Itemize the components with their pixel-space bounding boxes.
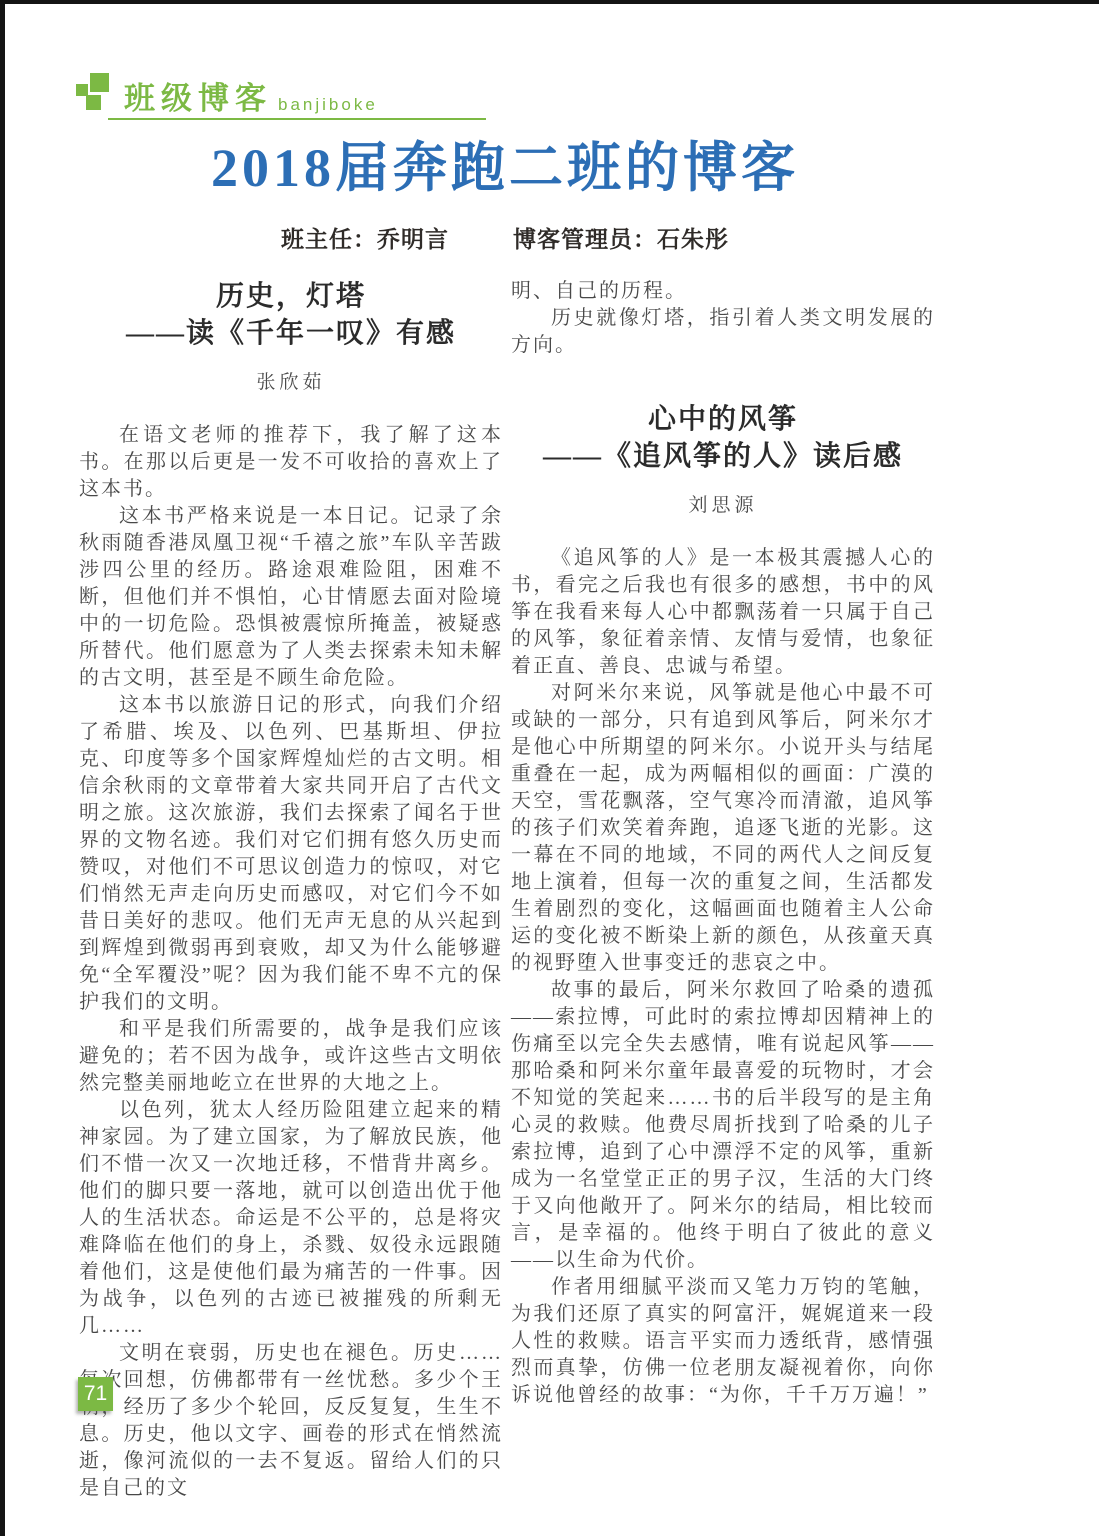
essay1-paragraph: 文明在衰弱，历史也在褪色。历史……每次回想，仿佛都带有一丝忧愁。多少个王朝，经历… xyxy=(79,1340,503,1502)
essay2-paragraph: 故事的最后，阿米尔救回了哈桑的遗孤——索拉博，可此时的索拉博却因精神上的伤痛至以… xyxy=(511,977,935,1274)
masthead: 班级博客 banjiboke xyxy=(76,70,378,114)
essay2-title-line1: 心中的风筝 xyxy=(511,401,935,438)
byline-teacher: 班主任：乔明言 xyxy=(281,221,449,254)
scan-edge-top xyxy=(0,0,1099,4)
header-underline xyxy=(108,118,486,120)
essay2-author: 刘思源 xyxy=(511,490,935,517)
essay1-title: 历史，灯塔 ——读《千年一叹》有感 xyxy=(79,278,503,352)
section-logo-subtitle: banjiboke xyxy=(278,96,378,113)
essay1-continuation-paragraph: 历史就像灯塔，指引着人类文明发展的方向。 xyxy=(511,305,935,359)
byline-admin: 博客管理员：石朱彤 xyxy=(513,221,729,254)
essay2-title: 心中的风筝 ——《追风筝的人》读后感 xyxy=(511,401,935,475)
essay2-title-line2: ——《追风筝的人》读后感 xyxy=(511,438,935,475)
essay1-author: 张欣茹 xyxy=(79,367,503,394)
essay1-paragraph: 以色列，犹太人经历险阻建立起来的精神家园。为了建立国家，为了解放民族，他们不惜一… xyxy=(79,1097,503,1340)
essay2-paragraph: 对阿米尔来说，风筝就是他心中最不可或缺的一部分，只有追到风筝后，阿米尔才是他心中… xyxy=(511,680,935,977)
logo-square-medium xyxy=(86,95,101,110)
left-column: 历史，灯塔 ——读《千年一叹》有感 张欣茹 在语文老师的推荐下，我了解了这本书。… xyxy=(79,278,503,1502)
essay1-paragraph: 和平是我们所需要的，战争是我们应该避免的；若不因为战争，或许这些古文明依然完整美… xyxy=(79,1016,503,1097)
essay2-section: 心中的风筝 ——《追风筝的人》读后感 刘思源 《追风筝的人》是一本极其震撼人心的… xyxy=(511,401,935,1409)
logo-squares-icon xyxy=(76,70,114,114)
essay1-title-line2: ——读《千年一叹》有感 xyxy=(79,315,503,352)
essay1-continuation-paragraph: 明、自己的历程。 xyxy=(511,278,935,305)
scan-edge-left xyxy=(0,0,5,1536)
essay1-paragraph: 这本书以旅游日记的形式，向我们介绍了希腊、埃及、以色列、巴基斯坦、伊拉克、印度等… xyxy=(79,692,503,1016)
section-logo-title: 班级博客 xyxy=(124,83,272,114)
essay1-paragraph: 这本书严格来说是一本日记。记录了余秋雨随香港凤凰卫视“千禧之旅”车队辛苦跋涉四公… xyxy=(79,503,503,692)
essay1-title-line1: 历史，灯塔 xyxy=(79,278,503,315)
right-column: 明、自己的历程。 历史就像灯塔，指引着人类文明发展的方向。 心中的风筝 ——《追… xyxy=(511,278,935,1409)
essay1-section: 历史，灯塔 ——读《千年一叹》有感 张欣茹 在语文老师的推荐下，我了解了这本书。… xyxy=(79,278,503,1502)
blog-title: 2018届奔跑二班的博客 xyxy=(160,136,850,201)
essay2-paragraph: 《追风筝的人》是一本极其震撼人心的书，看完之后我也有很多的感想，书中的风筝在我看… xyxy=(511,545,935,680)
essay1-paragraph: 在语文老师的推荐下，我了解了这本书。在那以后更是一发不可收拾的喜欢上了这本书。 xyxy=(79,422,503,503)
byline: 班主任：乔明言 博客管理员：石朱彤 xyxy=(160,221,850,254)
essay2-paragraph: 作者用细腻平淡而又笔力万钧的笔触，为我们还原了真实的阿富汗，娓娓道来一段人性的救… xyxy=(511,1274,935,1409)
page-number-badge: 71 xyxy=(78,1377,113,1411)
logo-square-large xyxy=(90,73,109,92)
